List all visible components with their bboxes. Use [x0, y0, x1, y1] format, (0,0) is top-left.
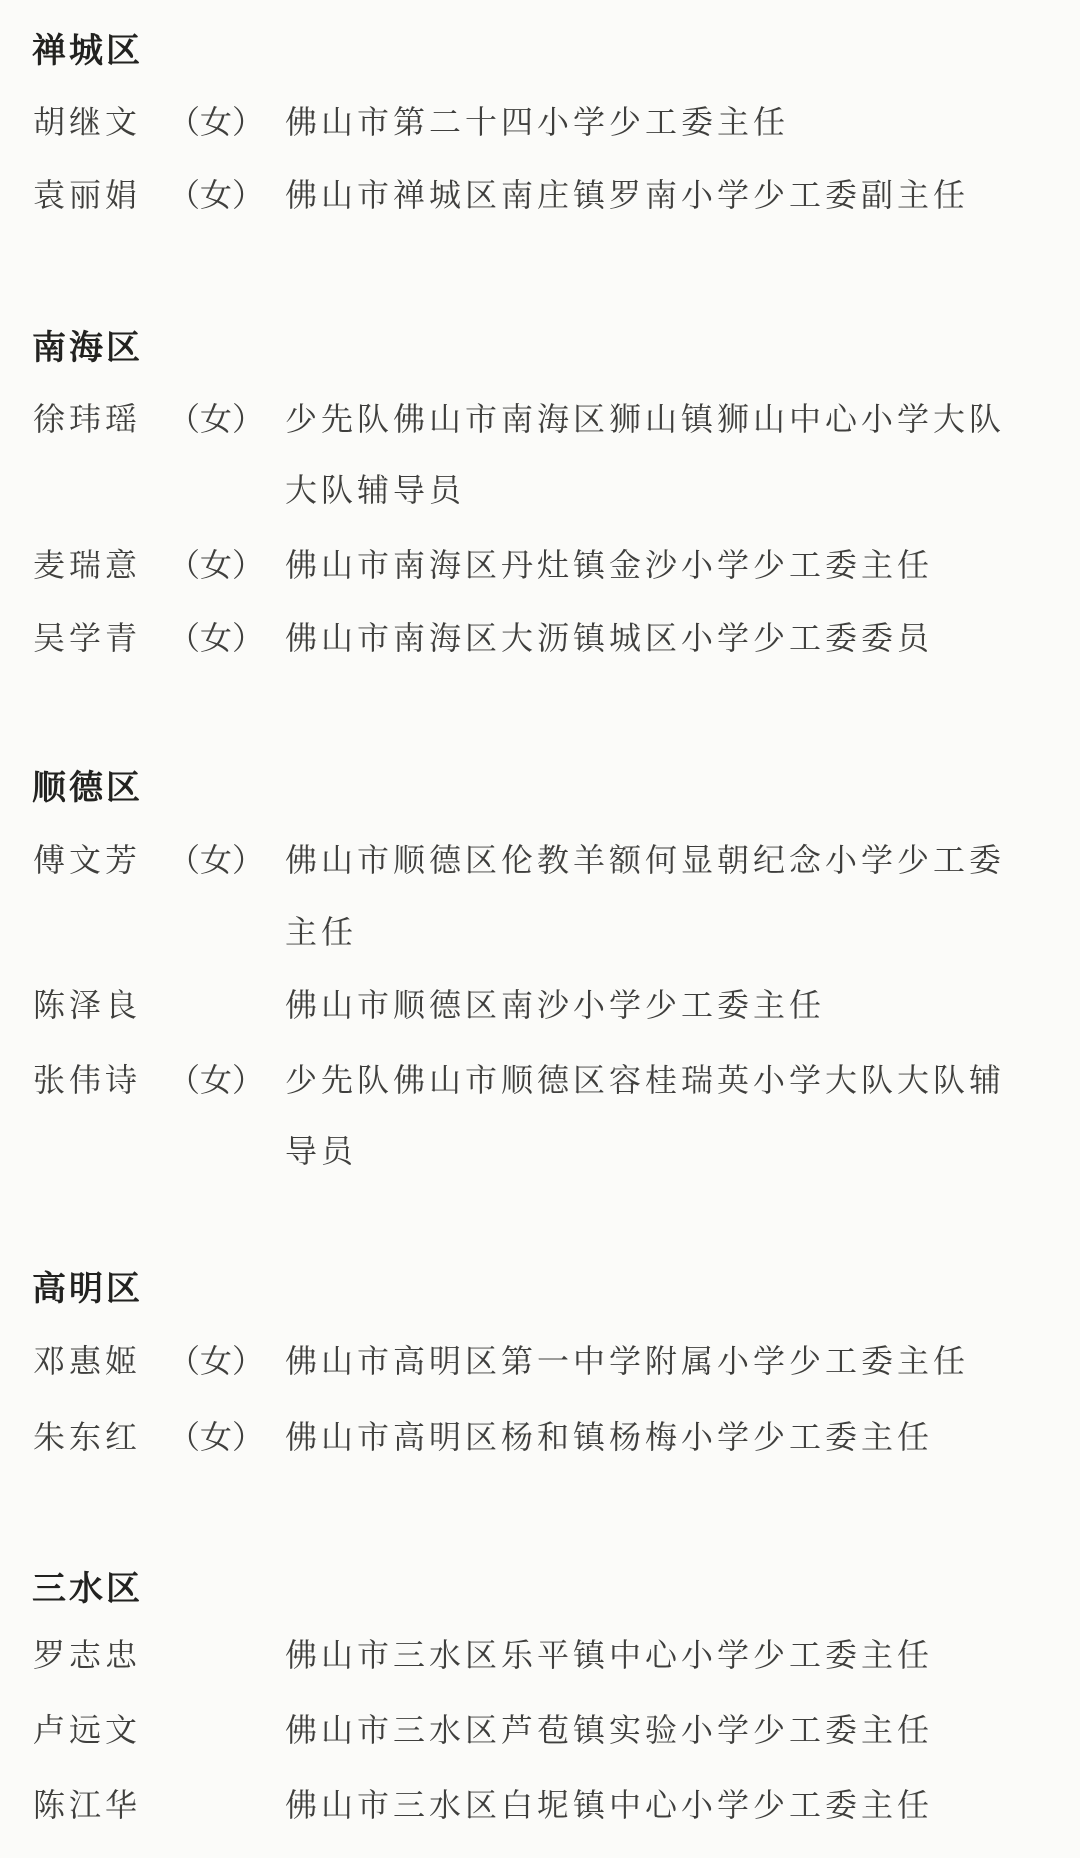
position-text: 佛山市顺德区伦教羊额何显朝纪念小学少工委: [285, 835, 1005, 881]
entry-row: 傅文芳 （女） 佛山市顺德区伦教羊额何显朝纪念小学少工委: [0, 835, 1080, 879]
position-text: 佛山市南海区大沥镇城区小学少工委委员: [285, 613, 933, 659]
gender-label: （女）: [168, 394, 264, 440]
gender-label: （女）: [168, 613, 264, 659]
person-name: 陈江华: [33, 1780, 141, 1826]
position-text: 佛山市三水区芦苞镇实验小学少工委主任: [285, 1705, 933, 1751]
gender-label: （女）: [168, 1412, 264, 1458]
person-name: 袁丽娟: [33, 170, 141, 216]
person-name: 麦瑞意: [33, 540, 141, 586]
gender-label: （女）: [168, 170, 264, 216]
entry-row: 卢远文 佛山市三水区芦苞镇实验小学少工委主任: [0, 1705, 1080, 1749]
position-text: 佛山市第二十四小学少工委主任: [285, 97, 789, 143]
entry-row: 罗志忠 佛山市三水区乐平镇中心小学少工委主任: [0, 1630, 1080, 1674]
section-header-shunde: 顺德区: [32, 760, 1072, 804]
position-text: 佛山市高明区第一中学附属小学少工委主任: [285, 1336, 969, 1382]
position-text: 少先队佛山市南海区狮山镇狮山中心小学大队: [285, 394, 1005, 440]
person-name: 徐玮瑶: [33, 394, 141, 440]
person-name: 胡继文: [33, 97, 141, 143]
section-header-sanshui: 三水区: [32, 1561, 1072, 1605]
position-continuation: 主任: [285, 907, 1045, 951]
person-name: 卢远文: [33, 1705, 141, 1751]
entry-row: 陈泽良 佛山市顺德区南沙小学少工委主任: [0, 980, 1080, 1024]
section-header-nanhai: 南海区: [32, 320, 1072, 364]
position-text: 佛山市南海区丹灶镇金沙小学少工委主任: [285, 540, 933, 586]
section-header-gaoming: 高明区: [32, 1261, 1072, 1305]
person-name: 罗志忠: [33, 1630, 141, 1676]
position-text: 少先队佛山市顺德区容桂瑞英小学大队大队辅: [285, 1055, 1005, 1101]
document-page: 禅城区 胡继文 （女） 佛山市第二十四小学少工委主任 袁丽娟 （女） 佛山市禅城…: [0, 0, 1080, 1858]
position-text: 佛山市禅城区南庄镇罗南小学少工委副主任: [285, 170, 969, 216]
entry-row: 张伟诗 （女） 少先队佛山市顺德区容桂瑞英小学大队大队辅: [0, 1055, 1080, 1099]
person-name: 吴学青: [33, 613, 141, 659]
gender-label: （女）: [168, 1055, 264, 1101]
position-text: 佛山市顺德区南沙小学少工委主任: [285, 980, 825, 1026]
person-name: 陈泽良: [33, 980, 141, 1026]
position-continuation: 大队辅导员: [285, 465, 1045, 509]
entry-row: 陈江华 佛山市三水区白坭镇中心小学少工委主任: [0, 1780, 1080, 1824]
gender-label: （女）: [168, 97, 264, 143]
entry-row: 麦瑞意 （女） 佛山市南海区丹灶镇金沙小学少工委主任: [0, 540, 1080, 584]
entry-row: 吴学青 （女） 佛山市南海区大沥镇城区小学少工委委员: [0, 613, 1080, 657]
person-name: 张伟诗: [33, 1055, 141, 1101]
entry-row: 邓惠姬 （女） 佛山市高明区第一中学附属小学少工委主任: [0, 1336, 1080, 1380]
gender-label: （女）: [168, 835, 264, 881]
entry-row: 朱东红 （女） 佛山市高明区杨和镇杨梅小学少工委主任: [0, 1412, 1080, 1456]
section-header-chancheng: 禅城区: [32, 23, 1072, 67]
gender-label: （女）: [168, 540, 264, 586]
gender-label: （女）: [168, 1336, 264, 1382]
entry-row: 胡继文 （女） 佛山市第二十四小学少工委主任: [0, 97, 1080, 141]
position-continuation: 导员: [285, 1126, 1045, 1170]
position-text: 佛山市三水区白坭镇中心小学少工委主任: [285, 1780, 933, 1826]
position-text: 佛山市高明区杨和镇杨梅小学少工委主任: [285, 1412, 933, 1458]
position-text: 佛山市三水区乐平镇中心小学少工委主任: [285, 1630, 933, 1676]
person-name: 傅文芳: [33, 835, 141, 881]
entry-row: 袁丽娟 （女） 佛山市禅城区南庄镇罗南小学少工委副主任: [0, 170, 1080, 214]
entry-row: 徐玮瑶 （女） 少先队佛山市南海区狮山镇狮山中心小学大队: [0, 394, 1080, 438]
person-name: 邓惠姬: [33, 1336, 141, 1382]
person-name: 朱东红: [33, 1412, 141, 1458]
